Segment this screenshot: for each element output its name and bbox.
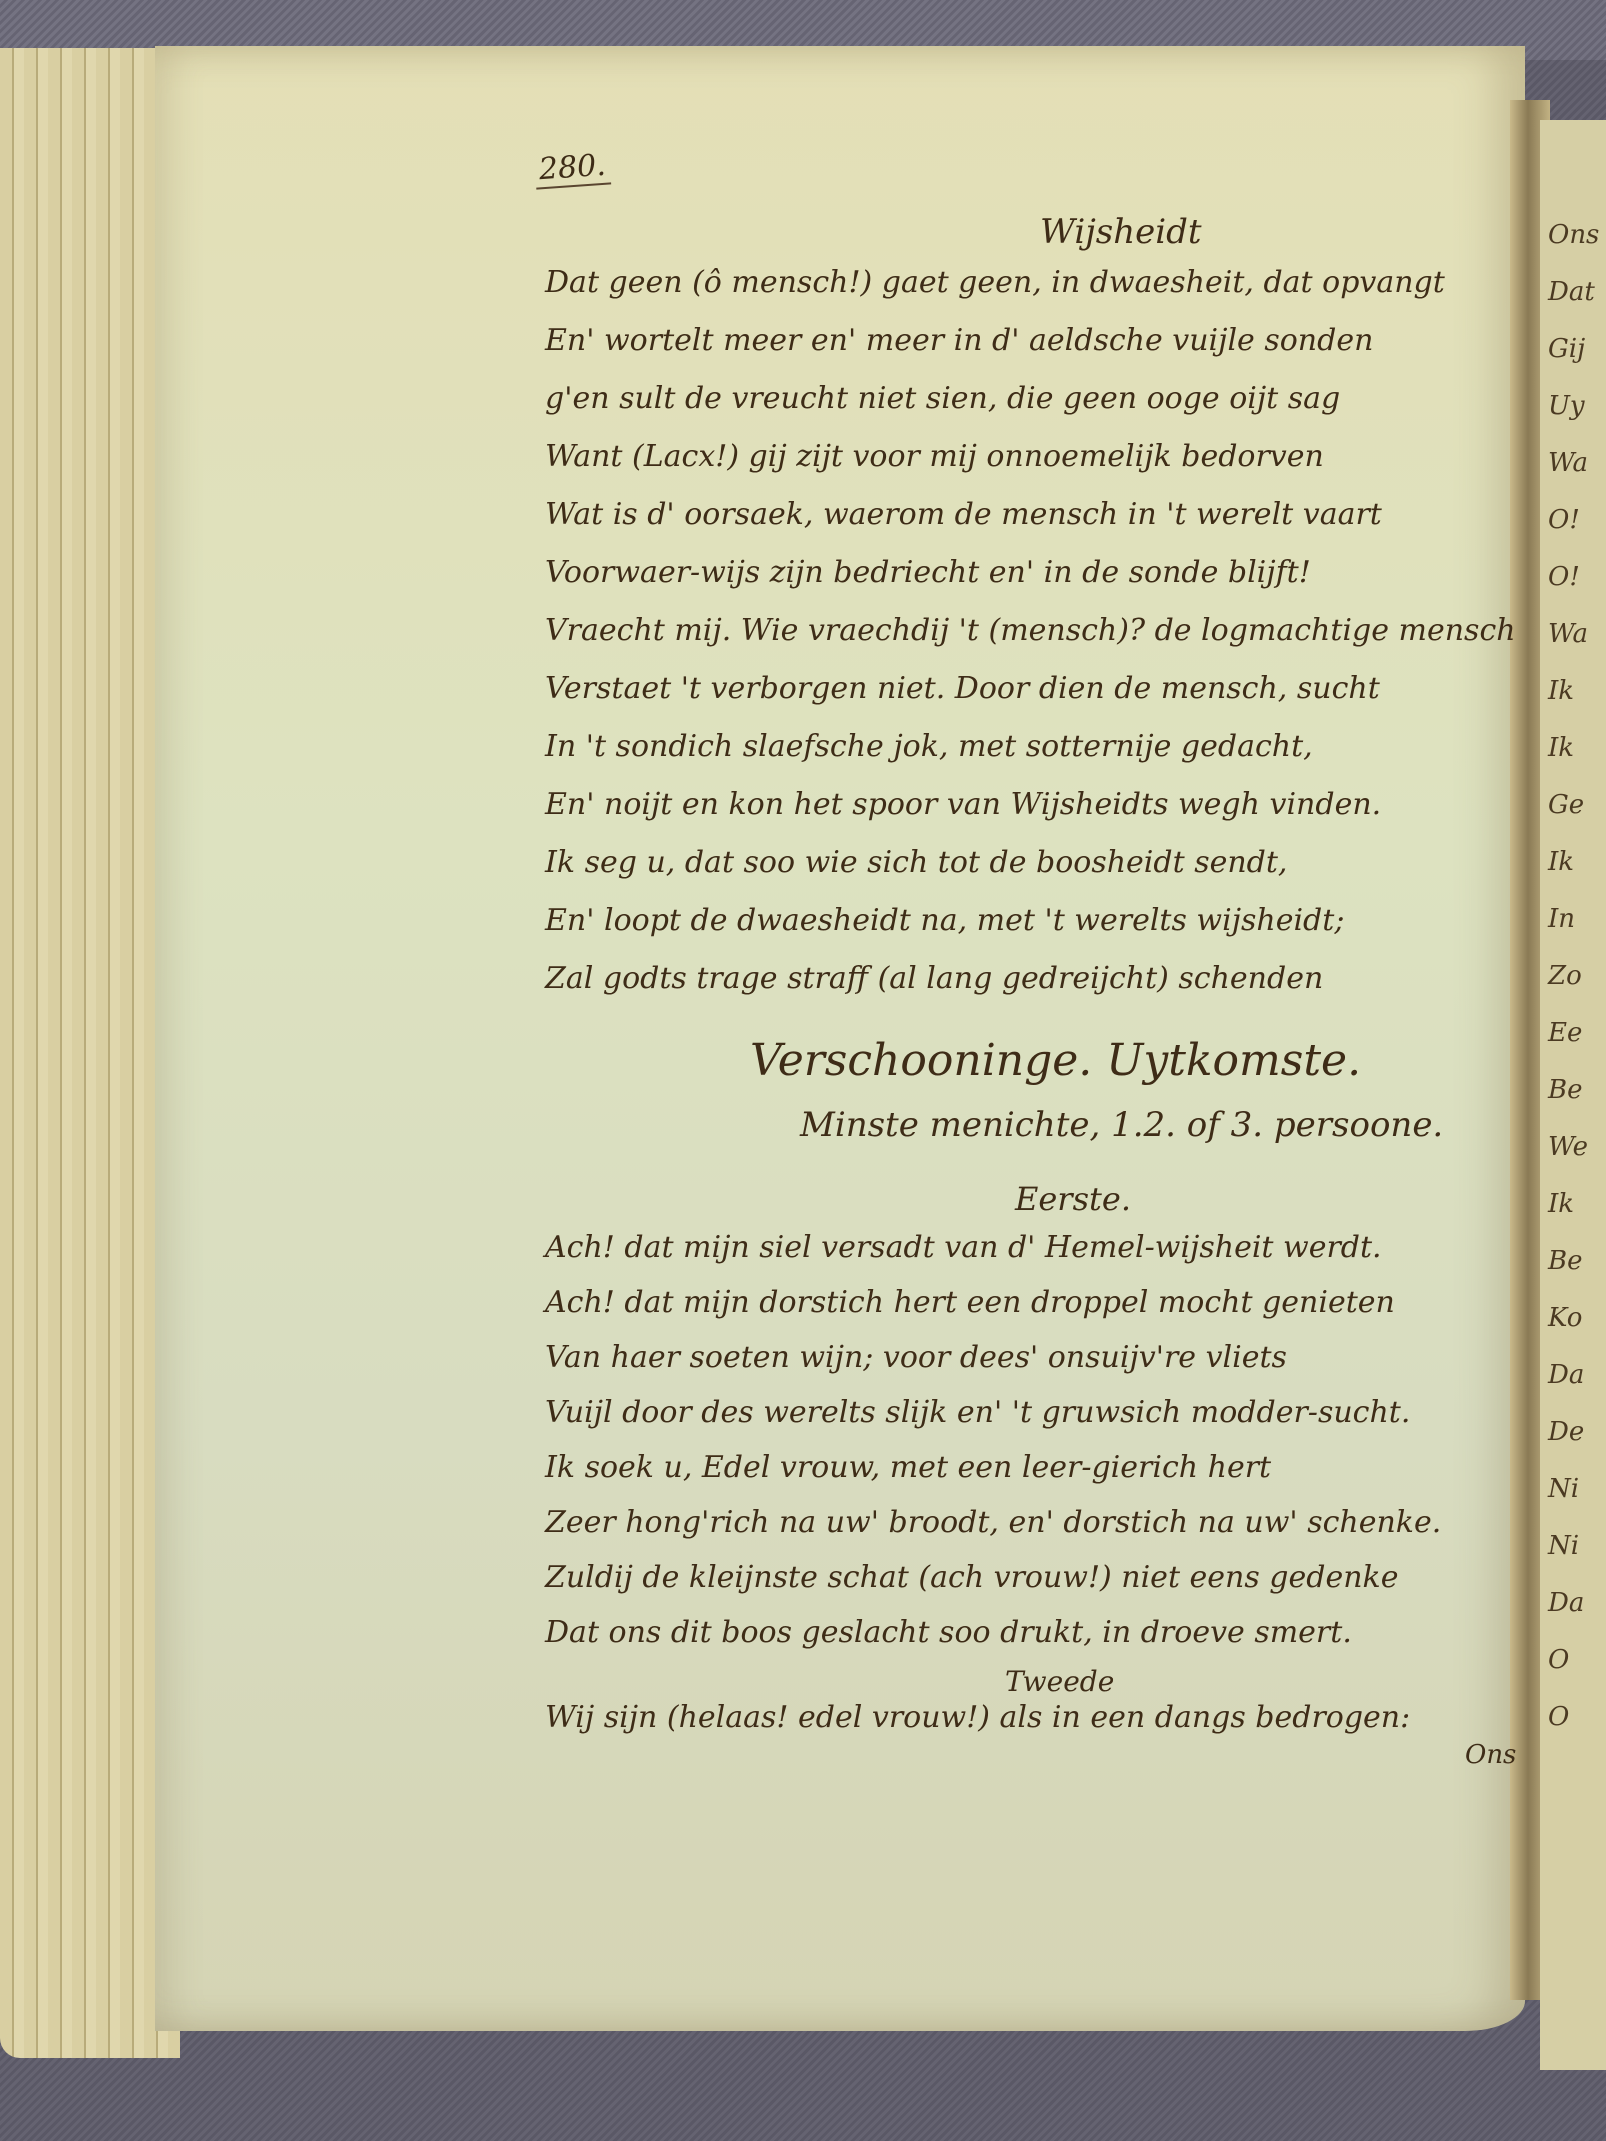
verse-line: Wat is d' oorsaek, waerom de mensch in '… <box>545 497 1382 532</box>
section-1-title: Eerste. <box>1015 1180 1131 1218</box>
facing-page-text-fragment: Zo <box>1548 961 1582 991</box>
facing-page-text-fragment: Wa <box>1548 448 1588 478</box>
verse-line: Dat geen (ô mensch!) gaet geen, in dwaes… <box>545 265 1445 300</box>
facing-page-text-fragment: Ni <box>1548 1531 1579 1561</box>
facing-page-text-fragment: Ik <box>1548 847 1574 877</box>
verse-line: Voorwaer-wijs zijn bedriecht en' in de s… <box>545 555 1311 590</box>
verse-line: Van haer soeten wijn; voor dees' onsuijv… <box>545 1340 1287 1375</box>
facing-page-text-fragment: O! <box>1548 562 1580 592</box>
verse-line: Ik soek u, Edel vrouw, met een leer-gier… <box>545 1450 1271 1485</box>
verse-line: Vuijl door des werelts slijk en' 't gruw… <box>545 1395 1410 1430</box>
verse-line: Zuldij de kleijnste schat (ach vrouw!) n… <box>545 1560 1398 1595</box>
facing-page-text-fragment: In <box>1548 904 1575 934</box>
verse-line: Want (Lacx!) gij zijt voor mij onnoemeli… <box>545 439 1324 474</box>
facing-page-text-fragment: Da <box>1548 1360 1584 1390</box>
facing-page-text-fragment: Da <box>1548 1588 1584 1618</box>
facing-page-fragment: OnsDatGijUyWaO!O!WaIkIkGeIkInZoEeBeWeIkB… <box>1540 120 1606 2070</box>
facing-page-text-fragment: Ge <box>1548 790 1584 820</box>
verse-line: En' loopt de dwaesheidt na, met 't werel… <box>545 903 1344 938</box>
verse-line: Wij sijn (helaas! edel vrouw!) als in ee… <box>545 1700 1410 1735</box>
verse-line: En' wortelt meer en' meer in d' aeldsche… <box>545 323 1373 358</box>
facing-page-text-fragment: Dat <box>1548 277 1595 307</box>
section-2-title: Tweede <box>1005 1665 1114 1698</box>
verse-line: Verstaet 't verborgen niet. Door dien de… <box>545 671 1380 706</box>
page-stack-edges <box>0 48 180 2058</box>
facing-page-text-fragment: Be <box>1548 1075 1583 1105</box>
verse-line: Vraecht mij. Wie vraechdij 't (mensch)? … <box>545 613 1516 648</box>
catchword: Ons <box>1465 1740 1516 1770</box>
facing-page-text-fragment: Uy <box>1548 391 1585 421</box>
verse-line: Ik seg u, dat soo wie sich tot de booshe… <box>545 845 1287 880</box>
verse-line: Dat ons dit boos geslacht soo drukt, in … <box>545 1615 1352 1650</box>
verse-line: Ach! dat mijn dorstich hert een droppel … <box>545 1285 1395 1320</box>
page-number: 280. <box>534 147 611 189</box>
verse-line: Zeer hong'rich na uw' broodt, en' dorsti… <box>545 1505 1441 1540</box>
facing-page-text-fragment: O <box>1548 1702 1569 1732</box>
page-title: Wijsheidt <box>1040 212 1202 252</box>
verse-line: Zal godts trage straff (al lang gedreijc… <box>545 961 1323 996</box>
section-heading: Verschooninge. Uytkomste. <box>750 1035 1361 1086</box>
facing-page-text-fragment: Be <box>1548 1246 1583 1276</box>
facing-page-text-fragment: O! <box>1548 505 1580 535</box>
verse-line: Ach! dat mijn siel versadt van d' Hemel-… <box>545 1230 1382 1265</box>
facing-page-text-fragment: Ons <box>1548 220 1599 250</box>
facing-page-text-fragment: Gij <box>1548 334 1585 364</box>
facing-page-text-fragment: We <box>1548 1132 1588 1162</box>
facing-page-text-fragment: Ni <box>1548 1474 1579 1504</box>
facing-page-text-fragment: Wa <box>1548 619 1588 649</box>
section-subheading: Minste menichte, 1.2. of 3. persoone. <box>800 1105 1443 1145</box>
verse-line: En' noijt en kon het spoor van Wijsheidt… <box>545 787 1381 822</box>
facing-page-text-fragment: De <box>1548 1417 1584 1447</box>
verse-line: In 't sondich slaefsche jok, met sottern… <box>545 729 1313 764</box>
facing-page-text-fragment: Ik <box>1548 733 1574 763</box>
facing-page-text-fragment: Ee <box>1548 1018 1582 1048</box>
facing-page-text-fragment: Ik <box>1548 676 1574 706</box>
facing-page-text-fragment: O <box>1548 1645 1569 1675</box>
facing-page-text-fragment: Ik <box>1548 1189 1574 1219</box>
verse-line: g'en sult de vreucht niet sien, die geen… <box>545 381 1340 416</box>
facing-page-text-fragment: Ko <box>1548 1303 1582 1333</box>
